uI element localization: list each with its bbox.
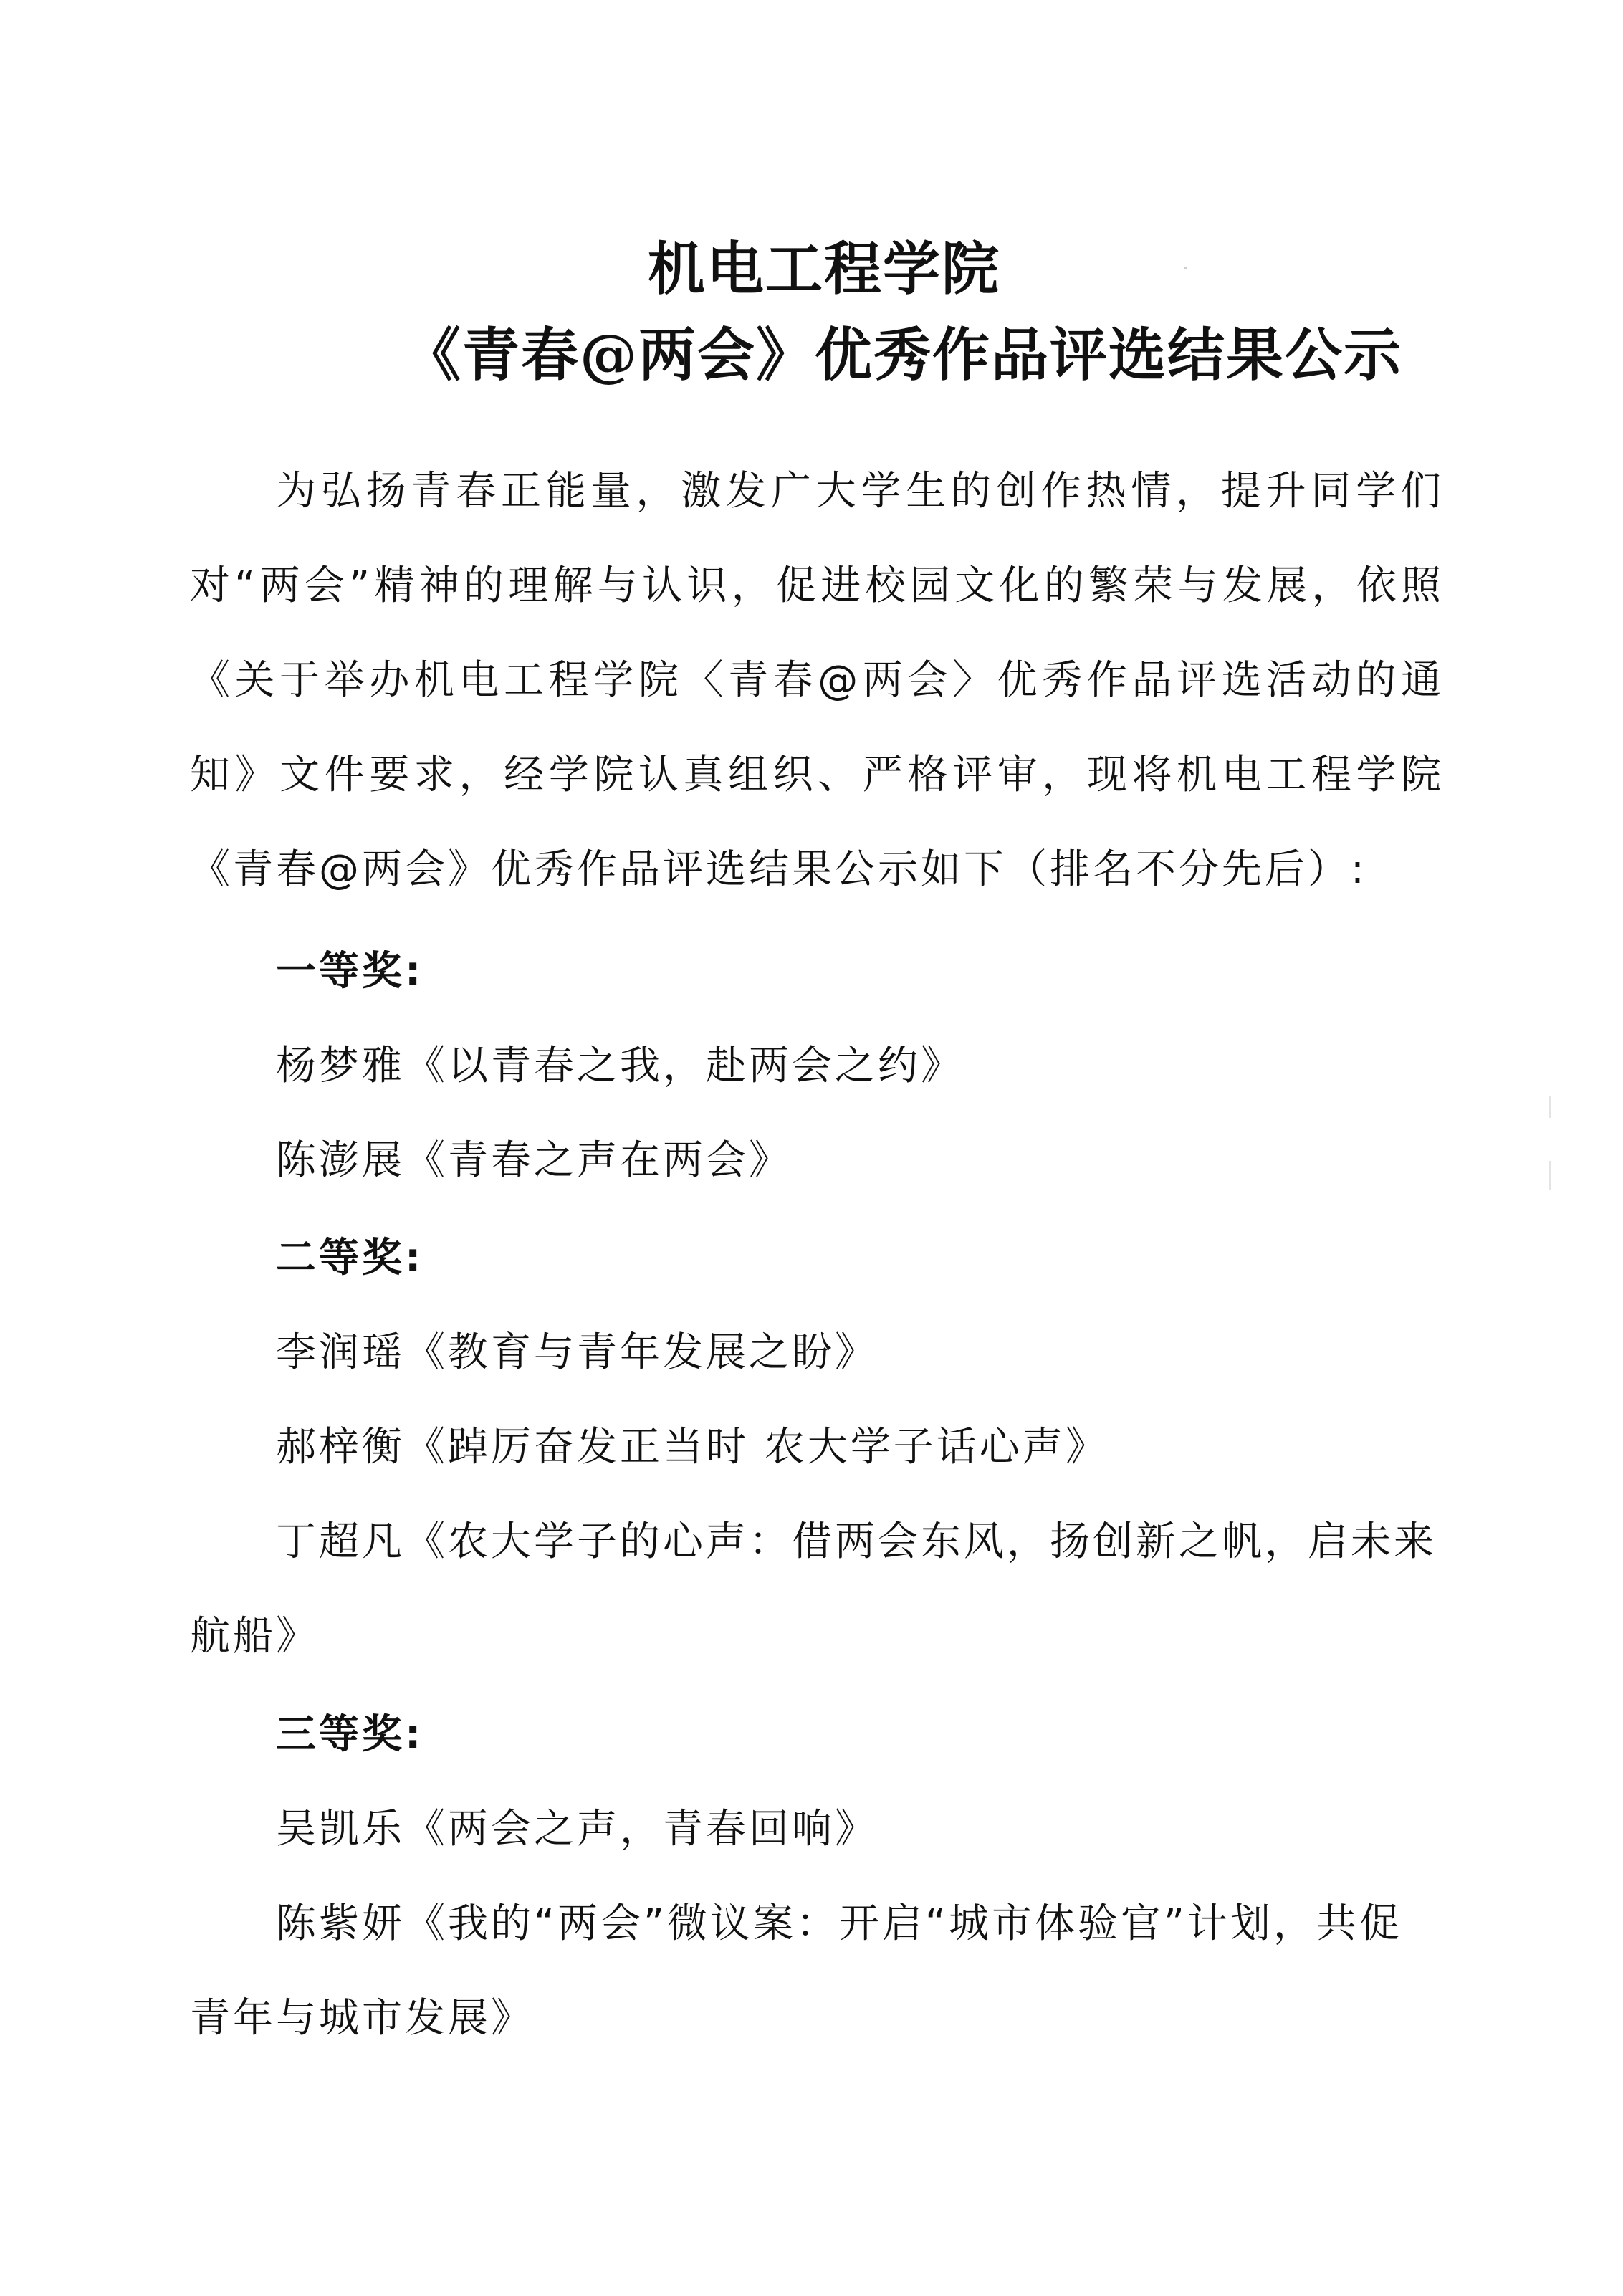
award-entry: 郝梓衡《踔厉奋发正当时 农大学子话心声》 bbox=[190, 1400, 1444, 1495]
title-college: 机电工程学院 bbox=[107, 233, 1541, 305]
intro-paragraph: 为弘扬青春正能量，激发广大学生的创作热情，提升同学们对“两会”精神的理解与认识，… bbox=[190, 444, 1444, 917]
award-heading-third: 三等奖: bbox=[190, 1688, 1444, 1782]
award-entry: 杨梦雅《以青春之我，赴两会之约》 bbox=[190, 1019, 1444, 1114]
award-entry: 李润瑶《教育与青年发展之盼》 bbox=[190, 1306, 1444, 1400]
scan-speck bbox=[1549, 1161, 1551, 1190]
award-entry: 陈澎展《青春之声在两会》 bbox=[190, 1114, 1444, 1208]
award-heading-first: 一等奖: bbox=[190, 924, 1444, 1019]
document-page: 机电工程学院 《青春@两会》优秀作品评选结果公示 为弘扬青春正能量，激发广大学生… bbox=[0, 0, 1623, 2296]
award-section-second: 二等奖: 李润瑶《教育与青年发展之盼》 郝梓衡《踔厉奋发正当时 农大学子话心声》… bbox=[190, 1211, 1444, 1684]
award-entry: 陈紫妍《我的“两会”微议案：开启“城市体验官”计划，共促青年与城市发展》 bbox=[190, 1877, 1444, 2066]
scan-speck bbox=[1184, 267, 1187, 269]
award-section-first: 一等奖: 杨梦雅《以青春之我，赴两会之约》 陈澎展《青春之声在两会》 bbox=[190, 924, 1444, 1208]
award-heading-second: 二等奖: bbox=[190, 1211, 1444, 1306]
title-announcement: 《青春@两会》优秀作品评选结果公示 bbox=[186, 319, 1619, 391]
scan-speck bbox=[1549, 1096, 1551, 1118]
award-section-third: 三等奖: 吴凯乐《两会之声，青春回响》 陈紫妍《我的“两会”微议案：开启“城市体… bbox=[190, 1688, 1444, 2066]
award-entry: 丁超凡《农大学子的心声：借两会东风，扬创新之帆，启未来航船》 bbox=[190, 1495, 1444, 1684]
award-entry: 吴凯乐《两会之声，青春回响》 bbox=[190, 1782, 1444, 1877]
